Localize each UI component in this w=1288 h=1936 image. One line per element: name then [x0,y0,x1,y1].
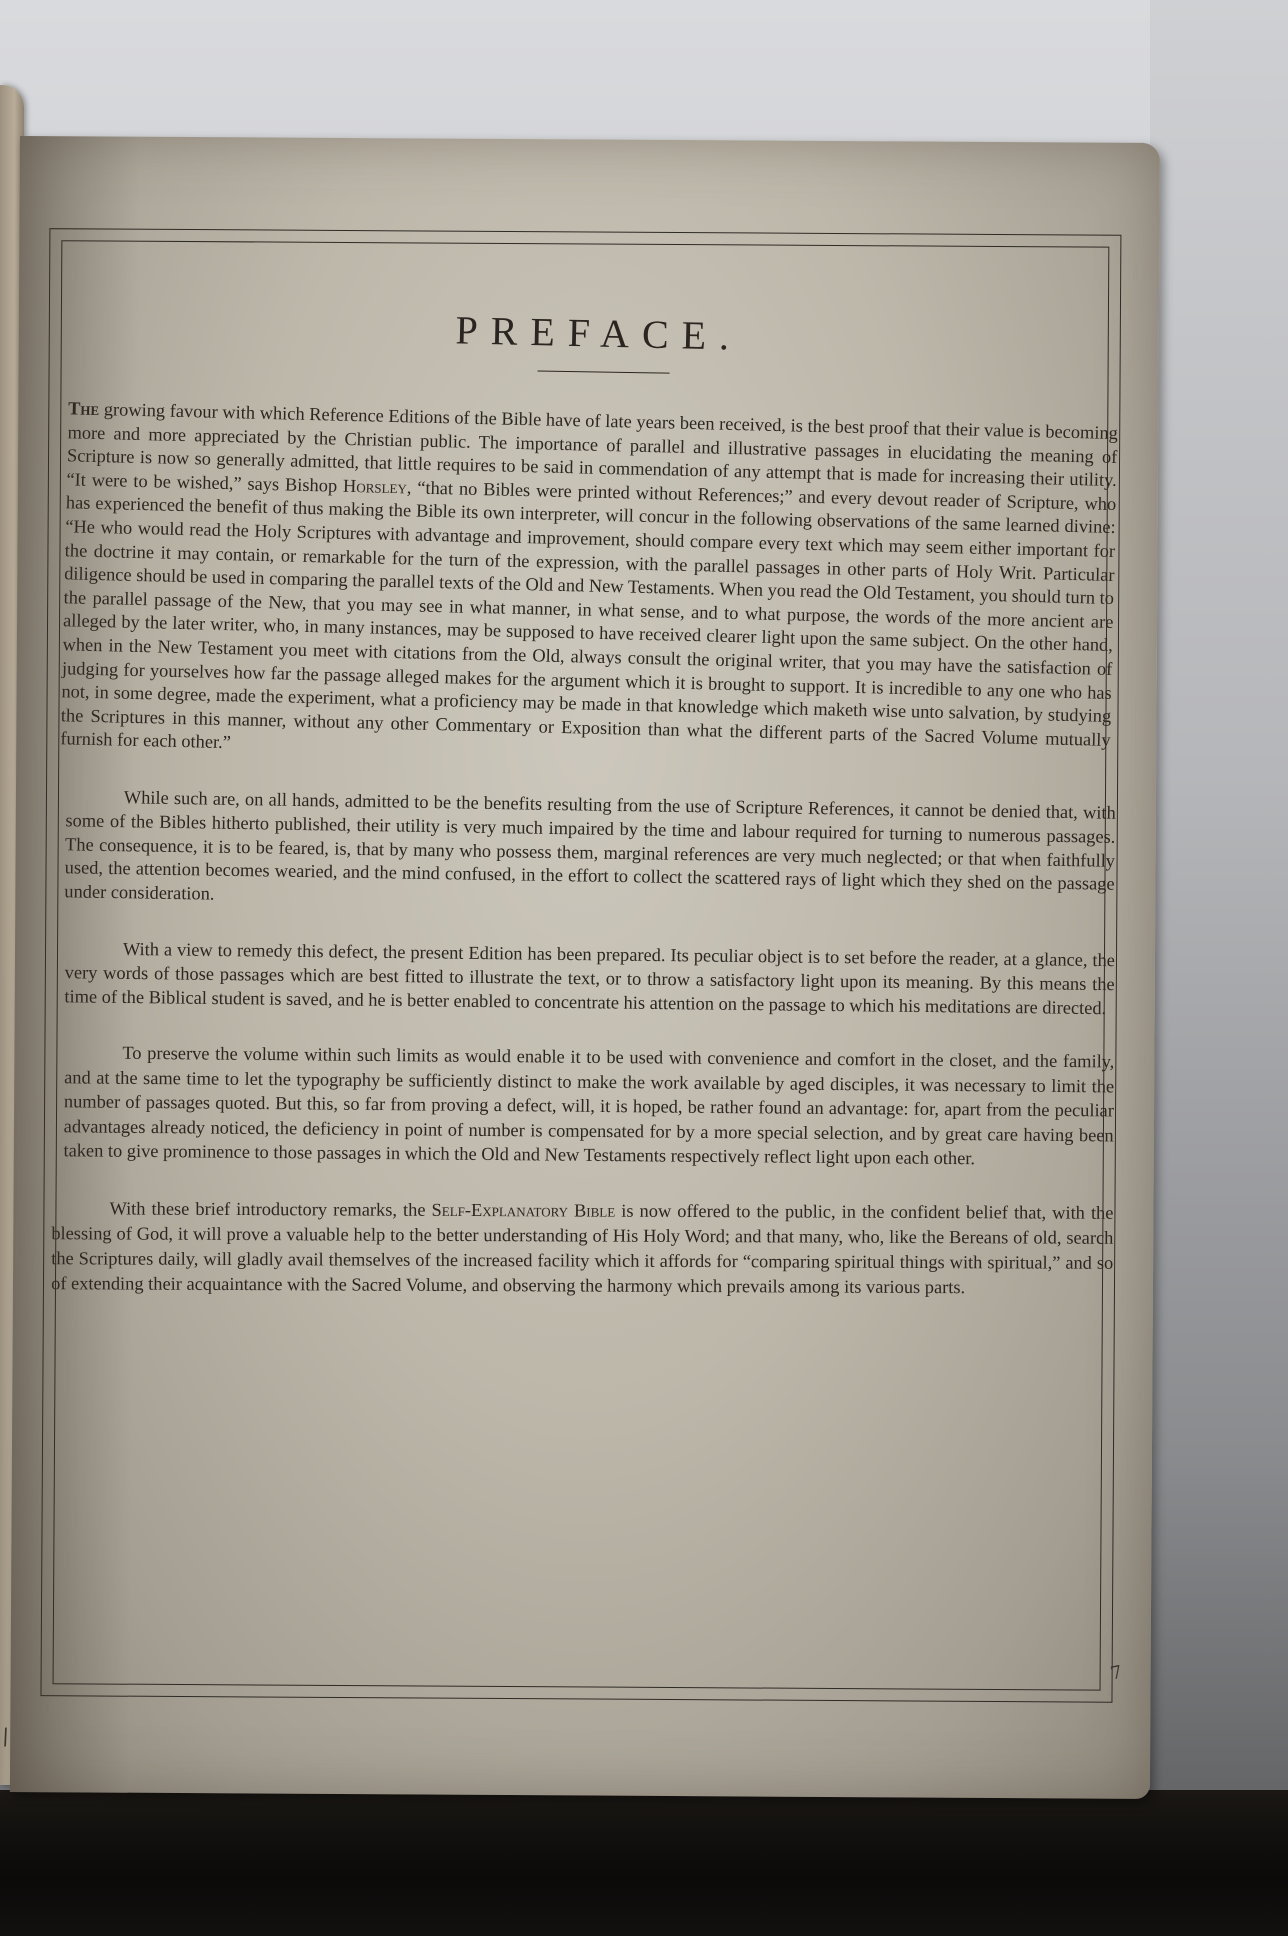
book-page: PREFACE. The growing favour with which R… [10,136,1160,1799]
paragraph-3: With a view to remedy this defect, the p… [64,936,1115,1020]
paragraph-lead-word: The [68,398,100,419]
paragraph-5-text-a: With these brief introductory remarks, t… [109,1199,431,1220]
page-content: PREFACE. The growing favour with which R… [63,306,1119,1303]
paragraph-1: The growing favour with which Reference … [60,397,1118,776]
paragraph-5: With these brief introductory remarks, t… [51,1197,1113,1302]
paragraph-1-text-b: , “that no Bibles were printed without R… [60,477,1116,752]
book-name-self-explanatory-bible: Self-Explanatory Bible [432,1200,616,1221]
bottom-shadow [0,1790,1288,1936]
background-surface [1150,0,1288,1936]
paragraph-4: To preserve the volume within such limit… [63,1040,1114,1172]
author-name-horsley: Horsley [343,476,407,497]
paragraph-2: While such are, on all hands, admitted t… [64,785,1116,920]
title-rule-divider [538,370,670,373]
